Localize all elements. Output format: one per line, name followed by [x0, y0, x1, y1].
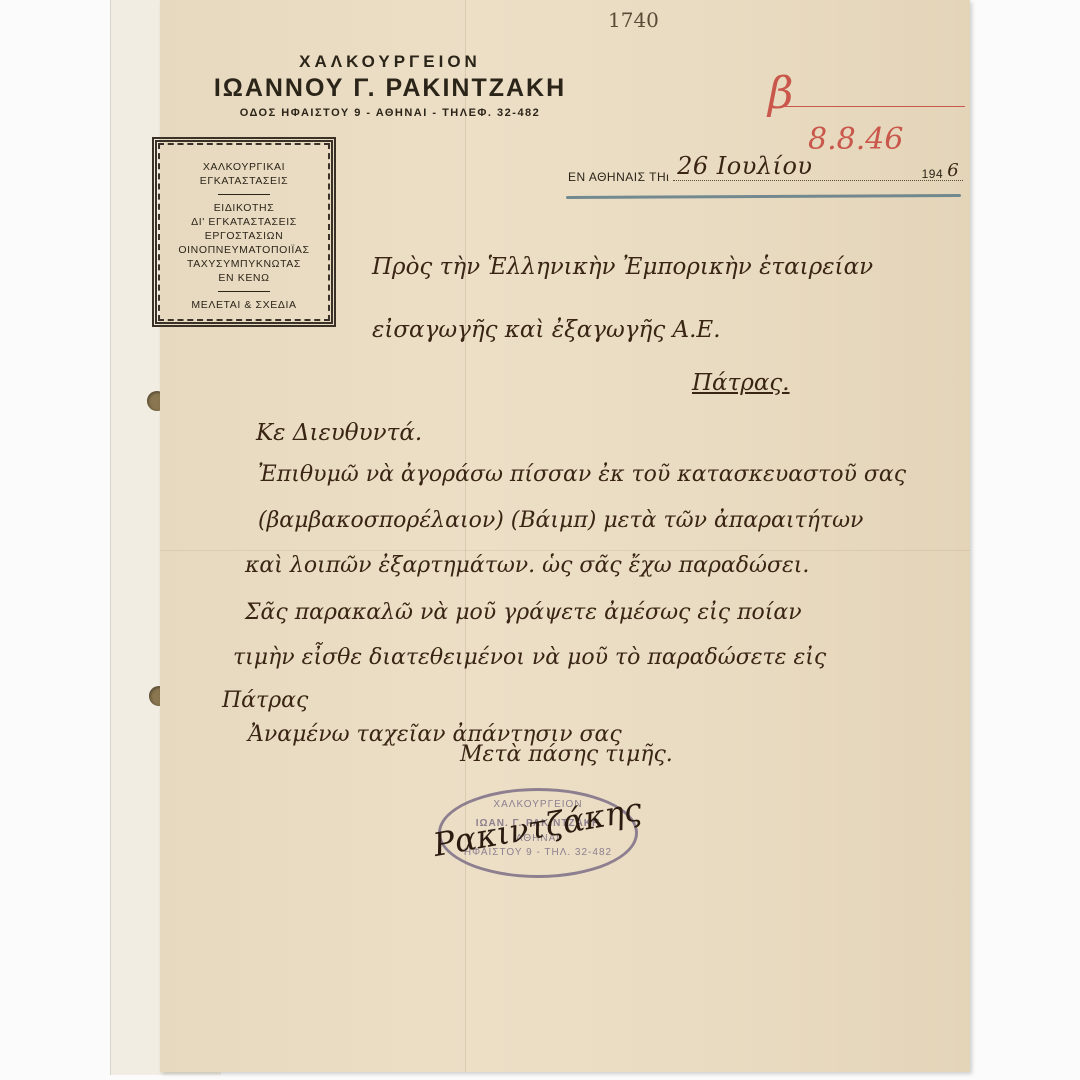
- recipient-line: εἰσαγωγῆς καὶ ἐξαγωγῆς Α.Ε.: [372, 317, 721, 343]
- services-box: ΧΑΛΚΟΥΡΓΙΚΑΙ ΕΓΚΑΤΑΣΤΑΣΕΙΣ ΕΙΔΙΚΟΤΗΣ ΔΙ'…: [152, 137, 336, 327]
- services-specialty-line: ΔΙ' ΕΓΚΑΤΑΣΤΑΣΕΙΣ: [157, 215, 331, 229]
- archive-number: 1740: [608, 8, 659, 32]
- services-heading-line: ΧΑΛΚΟΥΡΓΙΚΑΙ: [157, 160, 331, 174]
- letterhead-name: ΙΩΑΝΝΟΥ Γ. ΡΑΚΙΝΤΖΑΚΗ: [180, 74, 600, 103]
- red-date: 8.8.46: [808, 122, 903, 157]
- recipient-line: Πρὸς τὴν Ἑλληνικὴν Ἐμπορικὴν ἑταιρείαν: [372, 254, 873, 280]
- closing: Μετὰ πάσης τιμῆς.: [460, 742, 673, 767]
- red-mark: β: [768, 68, 793, 119]
- letterhead-trade: ΧΑΛΚΟΥΡΓΕΙΟΝ: [180, 52, 600, 72]
- date-printed-label: ΕΝ ΑΘΗΝΑΙΣ ΤΗι: [568, 170, 669, 184]
- services-heading-line: ΕΓΚΑΤΑΣΤΑΣΕΙΣ: [157, 174, 331, 188]
- letterhead-address: ΟΔΟΣ ΗΦΑΙΣΤΟΥ 9 - ΑΘΗΝΑΙ - ΤΗΛΕΦ. 32-482: [180, 107, 600, 119]
- body-line: Πάτρας: [222, 688, 308, 713]
- body-line: καὶ λοιπῶν ἐξαρτημάτων. ὡς σᾶς ἔχω παραδ…: [245, 553, 809, 578]
- fold-crease: [160, 550, 970, 551]
- recipient-city: Πάτρας.: [692, 370, 790, 396]
- letterhead: ΧΑΛΚΟΥΡΓΕΙΟΝ ΙΩΑΝΝΟΥ Γ. ΡΑΚΙΝΤΖΑΚΗ ΟΔΟΣ …: [180, 52, 600, 119]
- divider: [218, 194, 270, 195]
- year-handwritten: 6: [947, 160, 959, 181]
- divider: [218, 291, 270, 292]
- body-line: Σᾶς παρακαλῶ νὰ μοῦ γράψετε ἀμέσως εἰς π…: [245, 600, 802, 625]
- services-specialty-line: ΤΑΧΥΣΥΜΠΥΚΝΩΤΑΣ: [157, 257, 331, 271]
- red-underline: [780, 106, 965, 107]
- year-printed: 194: [922, 167, 944, 181]
- services-specialty-line: ΕΝ ΚΕΝΩ: [157, 271, 331, 285]
- services-footer: ΜΕΛΕΤΑΙ & ΣΧΕΔΙΑ: [157, 298, 331, 312]
- fold-crease: [465, 0, 466, 1072]
- services-specialty-line: ΕΡΓΟΣΤΑΣΙΩΝ: [157, 229, 331, 243]
- body-line: Ἐπιθυμῶ νὰ ἀγοράσω πίσσαν ἐκ τοῦ κατασκε…: [258, 462, 906, 487]
- body-line: (βαμβακοσπορέλαιον) (Βάιμπ) μετὰ τῶν ἀπα…: [258, 508, 863, 533]
- body-line: τιμὴν εἶσθε διατεθειμένοι νὰ μοῦ τὸ παρα…: [233, 645, 826, 670]
- date-handwritten: 26 Ιουλίου: [677, 152, 812, 180]
- date-line: ΕΝ ΑΘΗΝΑΙΣ ΤΗι 26 Ιουλίου 194 6: [568, 168, 963, 184]
- date-field: 26 Ιουλίου 194 6: [673, 168, 963, 181]
- services-specialty-line: ΟΙΝΟΠΝΕΥΜΑΤΟΠΟΙΪΑΣ: [157, 243, 331, 257]
- salutation: Κε Διευθυντά.: [256, 420, 422, 446]
- services-specialty-line: ΕΙΔΙΚΟΤΗΣ: [157, 201, 331, 215]
